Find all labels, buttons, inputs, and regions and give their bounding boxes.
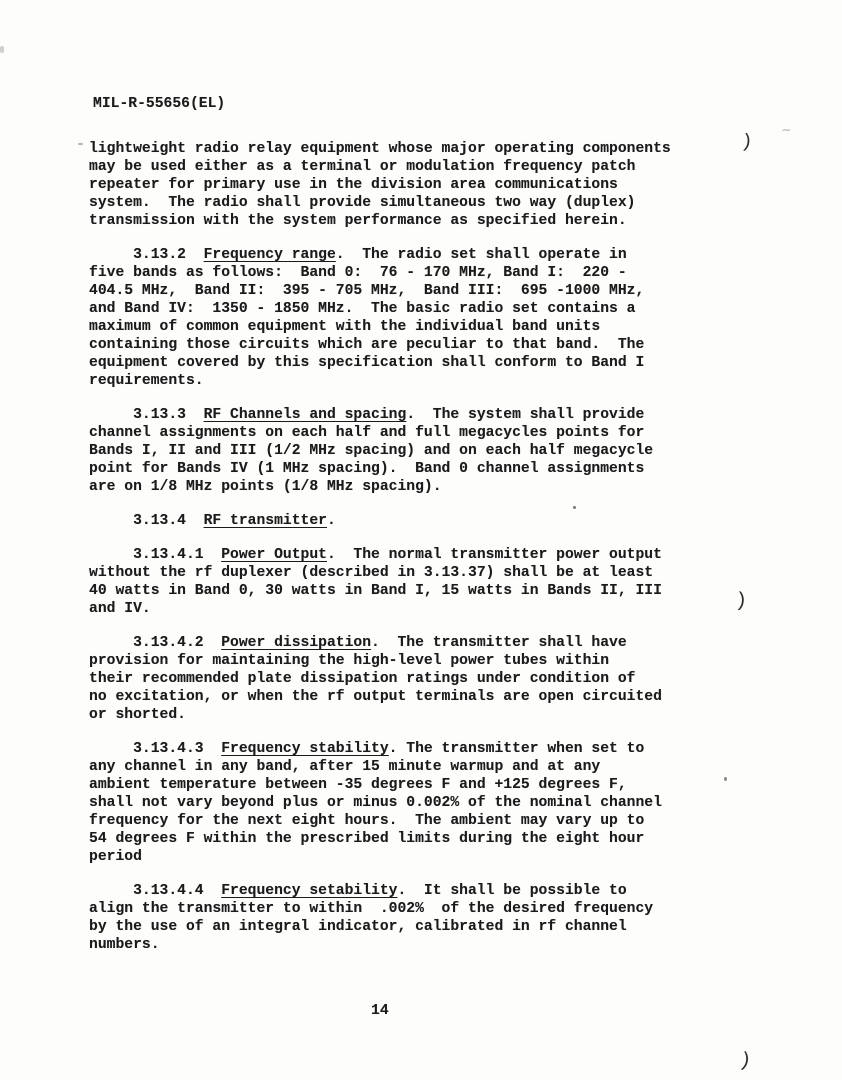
document-id-header: MIL-R-55656(EL) — [93, 95, 693, 113]
section-number: 3.13.4.3 — [133, 741, 204, 757]
section-3-13-2: 3.13.2Frequency range. The radio set sha… — [89, 246, 693, 390]
section-3-13-4-1: 3.13.4.1Power Output. The normal transmi… — [89, 546, 693, 618]
section-title: Frequency stability — [221, 741, 388, 757]
section-title: Power Output — [221, 547, 327, 563]
section-title: Power dissipation — [221, 635, 371, 651]
scan-speck — [724, 777, 727, 781]
section-3-13-3: 3.13.3RF Channels and spacing. The syste… — [89, 406, 693, 496]
section-number: 3.13.3 — [133, 407, 186, 423]
scan-speck — [573, 506, 576, 509]
section-number: 3.13.4.2 — [133, 635, 204, 651]
section-title: RF Channels and spacing — [204, 407, 407, 423]
section-body: . The transmitter when set to any channe… — [89, 741, 662, 865]
scan-speck — [78, 143, 83, 145]
section-3-13-4-2: 3.13.4.2Power dissipation. The transmitt… — [89, 634, 693, 724]
section-number: 3.13.2 — [133, 247, 186, 263]
section-number: 3.13.4.1 — [133, 547, 204, 563]
section-body: . — [327, 513, 336, 529]
paragraph-continuation: lightweight radio relay equipment whose … — [89, 140, 693, 230]
scan-artifact-dash: ~ — [781, 124, 792, 140]
section-number: 3.13.4.4 — [133, 883, 204, 899]
scan-artifact-paren-top: ) — [740, 132, 754, 152]
scan-artifact-paren-middle: ) — [734, 592, 747, 613]
section-3-13-4-4: 3.13.4.4Frequency setability. It shall b… — [89, 882, 693, 954]
section-number: 3.13.4 — [133, 513, 186, 529]
scan-speck — [0, 46, 4, 53]
document-body: MIL-R-55656(EL) lightweight radio relay … — [89, 95, 693, 970]
scanned-document-page: MIL-R-55656(EL) lightweight radio relay … — [0, 0, 842, 1080]
section-title: Frequency range — [204, 247, 336, 263]
section-3-13-4: 3.13.4RF transmitter. — [89, 512, 693, 530]
section-3-13-4-3: 3.13.4.3Frequency stability. The transmi… — [89, 740, 693, 866]
section-title: RF transmitter — [204, 513, 327, 529]
page-number: 14 — [371, 1002, 389, 1020]
section-title: Frequency setability — [221, 883, 397, 899]
scan-artifact-paren-bottom: ) — [737, 1051, 752, 1073]
section-body: . The radio set shall operate in five ba… — [89, 247, 644, 389]
